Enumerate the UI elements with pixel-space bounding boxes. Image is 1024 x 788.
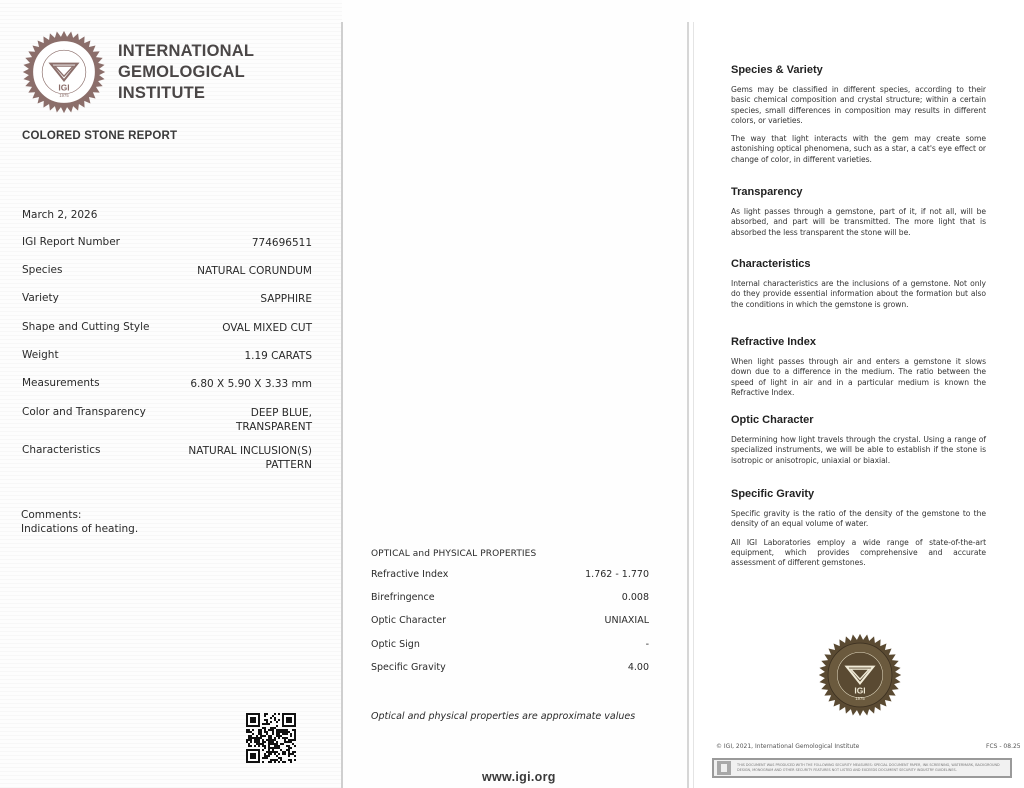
info-section: Characteristics Internal characteristics… <box>731 258 986 318</box>
igi-gold-seal-icon: IGI 1975 <box>818 633 902 717</box>
optical-value: 0.008 <box>622 592 649 603</box>
info-paragraph: When light passes through air and enters… <box>731 357 986 398</box>
document-security-icon <box>717 761 731 775</box>
info-heading: Species & Variety <box>731 64 986 76</box>
form-code: FCS - 08.25 <box>986 743 1021 750</box>
security-text: This document was produced with the foll… <box>737 763 1010 773</box>
field-label: IGI Report Number <box>22 236 120 248</box>
field-label: Measurements <box>22 377 100 389</box>
info-heading: Optic Character <box>731 414 986 426</box>
field-value: OVAL MIXED CUT <box>222 321 312 335</box>
approximate-values-note: Optical and physical properties are appr… <box>371 711 635 722</box>
optical-label: Specific Gravity <box>371 662 446 673</box>
report-date: March 2, 2026 <box>22 209 97 221</box>
comments-text: Indications of heating. <box>21 522 138 536</box>
qr-code-icon[interactable] <box>246 713 296 763</box>
field-label: Color and Transparency <box>22 406 146 418</box>
field-label: Variety <box>22 292 59 304</box>
info-paragraph: As light passes through a gemstone, part… <box>731 207 986 238</box>
comments-label: Comments: <box>21 508 138 522</box>
optical-value: UNIAXIAL <box>605 615 649 626</box>
optical-value: 4.00 <box>628 662 649 673</box>
field-label: Shape and Cutting Style <box>22 321 149 333</box>
info-heading: Transparency <box>731 186 986 198</box>
field-value: 774696511 <box>252 236 312 250</box>
svg-text:1975: 1975 <box>59 93 69 98</box>
report-left-panel <box>0 0 342 788</box>
info-section: Refractive Index When light passes throu… <box>731 336 986 406</box>
info-paragraph: Specific gravity is the ratio of the den… <box>731 509 986 530</box>
info-paragraph: Gems may be classified in different spec… <box>731 85 986 126</box>
field-value: 1.19 CARATS <box>244 349 312 363</box>
svg-text:IGI: IGI <box>854 685 865 695</box>
field-label: Species <box>22 264 62 276</box>
fold-line <box>341 22 343 788</box>
optical-label: Optic Sign <box>371 639 420 650</box>
info-heading: Refractive Index <box>731 336 986 348</box>
info-paragraph: Determining how light travels through th… <box>731 435 986 466</box>
copyright: © IGI, 2021, International Gemological I… <box>716 743 859 750</box>
info-section: Transparency As light passes through a g… <box>731 186 986 246</box>
info-section: Species & Variety Gems may be classified… <box>731 64 986 173</box>
field-label: Weight <box>22 349 59 361</box>
field-value: 6.80 X 5.90 X 3.33 mm <box>190 377 312 391</box>
field-value: DEEP BLUE, TRANSPARENT <box>236 406 312 434</box>
field-label: Characteristics <box>22 444 101 456</box>
optical-label: Optic Character <box>371 615 446 626</box>
fold-line <box>687 22 689 788</box>
svg-text:IGI: IGI <box>58 82 69 92</box>
field-value: NATURAL INCLUSION(S) PATTERN <box>188 444 312 472</box>
optical-label: Birefringence <box>371 592 435 603</box>
optical-value: 1.762 - 1.770 <box>585 569 649 580</box>
igi-seal-icon: IGI 1975 <box>22 30 106 114</box>
info-paragraph: All IGI Laboratories employ a wide range… <box>731 538 986 569</box>
info-heading: Specific Gravity <box>731 488 986 500</box>
security-strip: This document was produced with the foll… <box>712 758 1012 778</box>
optical-properties-title: OPTICAL and PHYSICAL PROPERTIES <box>371 549 536 559</box>
website-link[interactable]: www.igi.org <box>482 770 556 784</box>
field-value: NATURAL CORUNDUM <box>197 264 312 278</box>
info-section: Specific Gravity Specific gravity is the… <box>731 488 986 576</box>
info-heading: Characteristics <box>731 258 986 270</box>
org-name-line: INTERNATIONAL <box>118 41 254 62</box>
organization-name: INTERNATIONAL GEMOLOGICAL INSTITUTE <box>118 41 254 104</box>
fold-line <box>693 22 694 788</box>
info-paragraph: The way that light interacts with the ge… <box>731 134 986 165</box>
info-section: Optic Character Determining how light tr… <box>731 414 986 474</box>
svg-text:1975: 1975 <box>855 696 865 701</box>
comments: Comments: Indications of heating. <box>21 508 138 536</box>
info-paragraph: Internal characteristics are the inclusi… <box>731 279 986 310</box>
optical-label: Refractive Index <box>371 569 448 580</box>
optical-value: - <box>646 639 649 650</box>
org-name-line: GEMOLOGICAL <box>118 62 254 83</box>
org-name-line: INSTITUTE <box>118 83 254 104</box>
report-title: COLORED STONE REPORT <box>22 130 177 142</box>
field-value: SAPPHIRE <box>260 292 312 306</box>
